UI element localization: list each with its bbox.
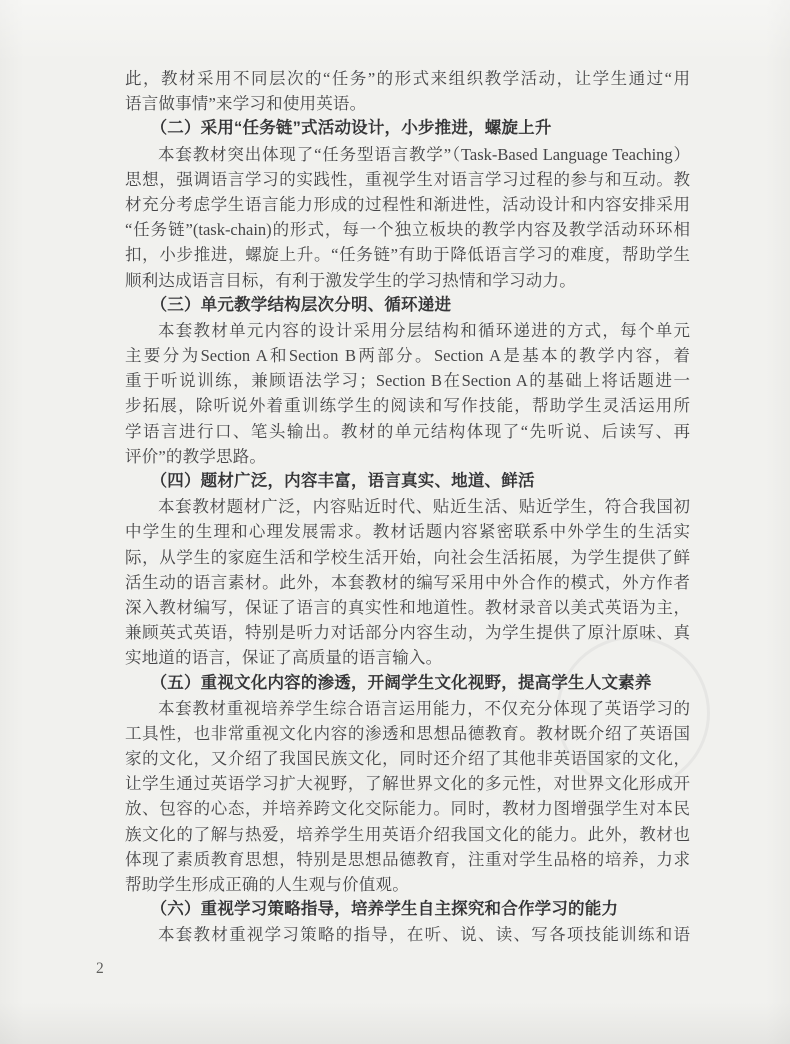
page-number: 2 bbox=[96, 960, 104, 978]
text-line: 主要分为Section A和Section B两部分。Section A是基本的… bbox=[125, 343, 690, 368]
text-line: 体现了素质教育思想，特别是思想品德教育，注重对学生品格的培养，力求 bbox=[125, 847, 690, 872]
text-line: “任务链”(task-chain)的形式，每一个独立板块的教学内容及教学活动环环… bbox=[125, 217, 690, 242]
text-line: 放、包容的心态，并培养跨文化交际能力。同时，教材力图增强学生对本民 bbox=[125, 796, 690, 821]
text-line: 步拓展，除听说外着重训练学生的阅读和写作技能，帮助学生灵活运用所 bbox=[125, 393, 690, 418]
text-line: 本套教材重视培养学生综合语言运用能力，不仅充分体现了英语学习的 bbox=[125, 696, 690, 721]
scanned-document-page: 此，教材采用不同层次的“任务”的形式来组织教学活动，让学生通过“用语言做事情”来… bbox=[0, 0, 790, 1044]
section-heading: （五）重视文化内容的渗透，开阔学生文化视野，提高学生人文素养 bbox=[125, 671, 690, 696]
text-line: 本套教材突出体现了“任务型语言教学”（Task-Based Language T… bbox=[125, 142, 690, 167]
text-line: 深入教材编写，保证了语言的真实性和地道性。教材录音以美式英语为主， bbox=[125, 595, 690, 620]
text-block: 此，教材采用不同层次的“任务”的形式来组织教学活动，让学生通过“用语言做事情”来… bbox=[125, 66, 690, 948]
text-line: 重于听说训练，兼顾语法学习；Section B在Section A的基础上将话题… bbox=[125, 368, 690, 393]
section-heading: （四）题材广泛，内容丰富，语言真实、地道、鲜活 bbox=[125, 469, 690, 494]
text-line: 材充分考虑学生语言能力形成的过程性和渐进性，活动设计和内容安排采用 bbox=[125, 192, 690, 217]
text-line: 评价”的教学思路。 bbox=[125, 444, 690, 469]
text-line: 此，教材采用不同层次的“任务”的形式来组织教学活动，让学生通过“用 bbox=[125, 66, 690, 91]
text-line: 帮助学生形成正确的人生观与价值观。 bbox=[125, 872, 690, 897]
text-line: 本套教材单元内容的设计采用分层结构和循环递进的方式，每个单元 bbox=[125, 318, 690, 343]
text-line: 本套教材重视学习策略的指导，在听、说、读、写各项技能训练和语 bbox=[125, 922, 690, 947]
text-line: 本套教材题材广泛，内容贴近时代、贴近生活、贴近学生，符合我国初 bbox=[125, 494, 690, 519]
text-line: 让学生通过英语学习扩大视野，了解世界文化的多元性，对世界文化形成开 bbox=[125, 771, 690, 796]
section-heading: （二）采用“任务链”式活动设计，小步推进，螺旋上升 bbox=[125, 116, 690, 141]
text-line: 扣，小步推进，螺旋上升。“任务链”有助于降低语言学习的难度，帮助学生 bbox=[125, 242, 690, 267]
text-line: 中学生的生理和心理发展需求。教材话题内容紧密联系中外学生的生活实 bbox=[125, 519, 690, 544]
text-line: 实地道的语言，保证了高质量的语言输入。 bbox=[125, 645, 690, 670]
text-line: 思想，强调语言学习的实践性，重视学生对语言学习过程的参与和互动。教 bbox=[125, 167, 690, 192]
text-line: 语言做事情”来学习和使用英语。 bbox=[125, 91, 690, 116]
text-line: 活生动的语言素材。此外，本套教材的编写采用中外合作的模式，外方作者 bbox=[125, 570, 690, 595]
text-line: 学语言进行口、笔头输出。教材的单元结构体现了“先听说、后读写、再 bbox=[125, 419, 690, 444]
section-heading: （六）重视学习策略指导，培养学生自主探究和合作学习的能力 bbox=[125, 897, 690, 922]
text-line: 族文化的了解与热爱，培养学生用英语介绍我国文化的能力。此外，教材也 bbox=[125, 822, 690, 847]
text-line: 工具性，也非常重视文化内容的渗透和思想品德教育。教材既介绍了英语国 bbox=[125, 721, 690, 746]
text-line: 家的文化，又介绍了我国民族文化，同时还介绍了其他非英语国家的文化， bbox=[125, 746, 690, 771]
section-heading: （三）单元教学结构层次分明、循环递进 bbox=[125, 293, 690, 318]
text-line: 际，从学生的家庭生活和学校生活开始，向社会生活拓展，为学生提供了鲜 bbox=[125, 545, 690, 570]
text-line: 兼顾英式英语，特别是听力对话部分内容生动，为学生提供了原汁原味、真 bbox=[125, 620, 690, 645]
text-line: 顺利达成语言目标，有利于激发学生的学习热情和学习动力。 bbox=[125, 268, 690, 293]
